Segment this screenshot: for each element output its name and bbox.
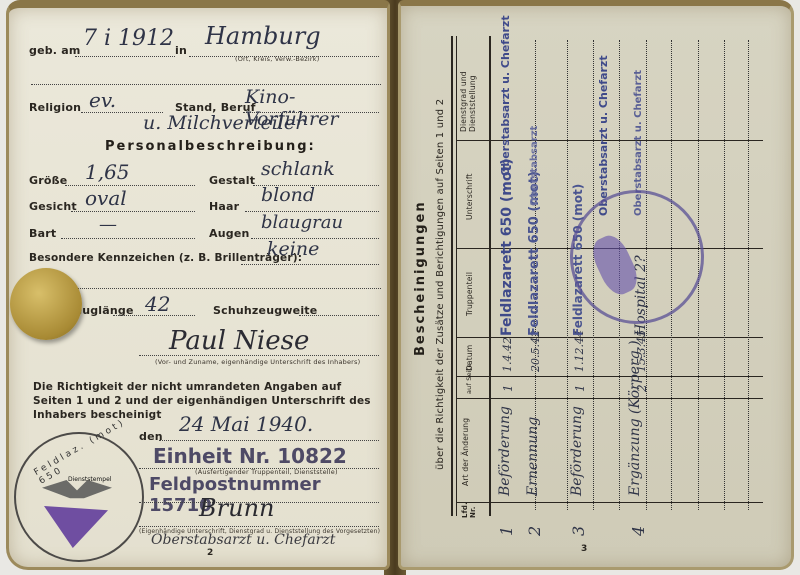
face-value: oval <box>85 186 127 210</box>
row2-unterschrift: Oberstabsarzt <box>529 126 540 206</box>
eyes-label: Augen <box>209 227 250 240</box>
marks-label: Besondere Kennzeichen (z. B. Brillenträg… <box>29 252 302 264</box>
certificates-subtitle: über die Richtigkeit der Zusätze und Ber… <box>435 99 446 470</box>
row2-nr: 2 <box>525 526 544 536</box>
row4-datum: 15.3.45 <box>635 330 648 372</box>
row3-unterschrift: Oberstabsarzt u. Chefarzt <box>597 55 610 216</box>
holder-signature: Paul Niese <box>169 326 309 356</box>
marks-value: keine <box>267 238 319 260</box>
row1-dienstgrad: Oberstabsarzt u. Chefarzt <box>499 15 512 176</box>
col-datum: Datum <box>465 345 474 371</box>
col-truppenteil: Truppenteil <box>465 272 474 316</box>
religion-value: ev. <box>89 88 116 112</box>
row1-seite: 1 <box>501 384 515 392</box>
page-number-3: 3 <box>581 544 587 554</box>
birth-date-value: 7 i 1912 <box>83 26 174 51</box>
row2-art: Ernennung <box>525 417 541 496</box>
officer-title: Oberstabsarzt u. Chefarzt <box>151 532 335 548</box>
issue-date-label: den <box>139 430 163 443</box>
height-value: 1,65 <box>85 160 130 184</box>
page-number-2: 2 <box>207 548 213 558</box>
seal-center-text: Dienststempel <box>68 476 111 483</box>
birth-date-label: geb. am <box>29 44 81 57</box>
eyes-value: blaugrau <box>261 212 343 233</box>
col-nr: Lfd. Nr. <box>461 504 477 518</box>
row3-art: Beförderung <box>569 406 585 496</box>
purple-ink-mark <box>44 506 108 548</box>
build-value: schlank <box>261 158 335 180</box>
row4-nr: 4 <box>629 526 648 536</box>
col-dienstgrad: Dienstgrad und Dienststellung <box>459 42 477 132</box>
row3-seite: 1 <box>573 384 587 392</box>
row1-truppenteil: Feldlazarett 650 (mot) <box>499 158 515 336</box>
birth-place-label: in <box>175 44 187 57</box>
shoe-length-value: 42 <box>145 292 170 316</box>
face-label: Gesicht <box>29 200 77 213</box>
officer-signature: Brunn <box>199 494 274 522</box>
unit-stamp-line1: Einheit Nr. 10822 <box>153 444 347 468</box>
coin-object <box>10 268 82 340</box>
birth-place-value: Hamburg <box>205 22 321 50</box>
row2-datum: 20.5.42 <box>529 330 542 372</box>
beard-value: — <box>99 214 117 235</box>
birth-place-hint: (Ort, Kreis, Verw.-Bezirk) <box>235 55 319 63</box>
row1-art: Beförderung <box>497 406 513 496</box>
row4-seite: 2 <box>635 384 649 392</box>
section-title: Personalbeschreibung: <box>105 139 316 154</box>
religion-label: Religion <box>29 101 81 114</box>
occupation-value-2: u. Milchverteiler <box>143 112 304 134</box>
official-seal: Feldlaz. (mot) 650 Dienststempel <box>14 432 144 562</box>
col-unterschrift: Unterschrift <box>465 173 474 220</box>
issue-date-value: 24 Mai 1940. <box>179 412 313 436</box>
height-label: Größe <box>29 174 67 187</box>
row3-nr: 3 <box>569 526 588 536</box>
certificates-title: Bescheinigungen <box>413 200 428 356</box>
hair-label: Haar <box>209 200 239 213</box>
build-label: Gestalt <box>209 174 255 187</box>
holder-signature-hint: (Vor- und Zuname, eigenhändige Unterschr… <box>155 358 360 366</box>
row1-datum: 1.4.42 <box>501 337 514 372</box>
row3-datum: 1.12.44 <box>573 330 586 372</box>
row1-nr: 1 <box>497 526 516 536</box>
eagle-emblem <box>42 480 112 506</box>
col-art: Art der Änderung <box>461 418 470 486</box>
beard-label: Bart <box>29 227 56 240</box>
round-ink-stamp <box>570 190 704 324</box>
hair-value: blond <box>261 184 315 206</box>
